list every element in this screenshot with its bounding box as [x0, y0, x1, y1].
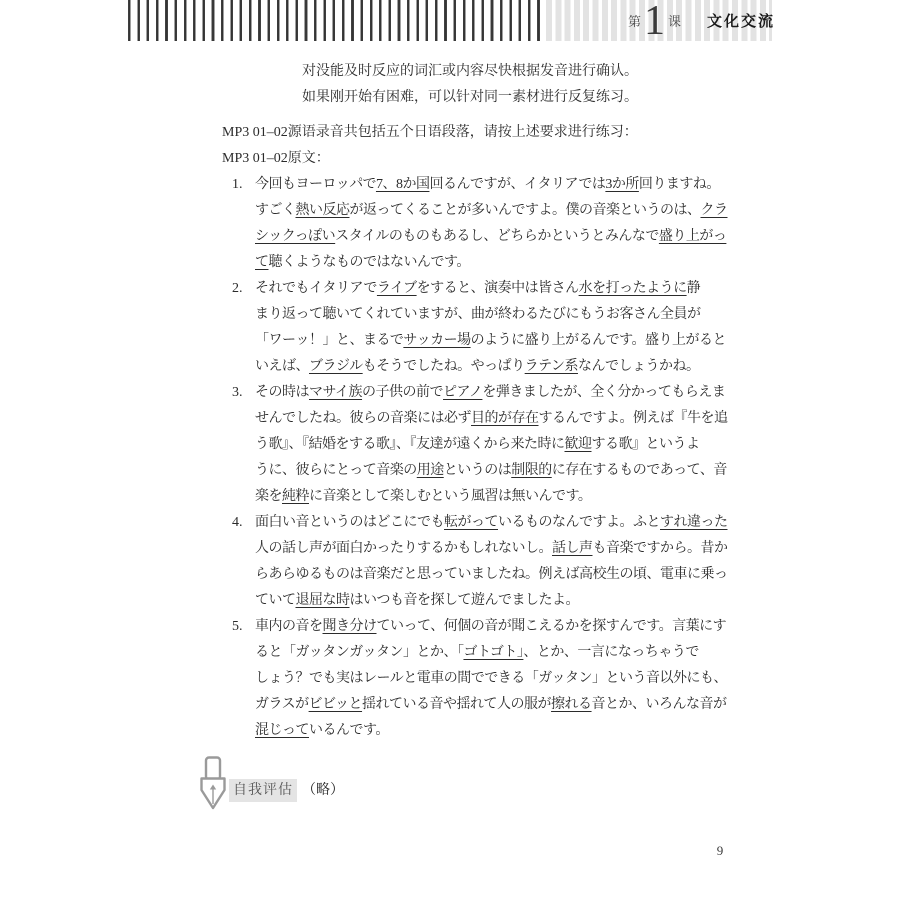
underlined-segment: すれ違った	[660, 515, 728, 530]
passage-line: 混じっているんです。	[255, 718, 722, 744]
text-segment: 揺れている音や揺れて人の服が	[362, 697, 551, 712]
textbook-page: 第 1 课 文化交流 对没能及时反应的词汇或内容尽快根据发音进行确认。 如果刚开…	[0, 0, 900, 900]
mp3-line: MP3 01–02源语录音共包括五个日语段落，请按上述要求进行练习：	[222, 120, 638, 146]
passage-line: うに、彼らにとって音楽の用途というのは制限的に存在するものであって、音	[255, 458, 722, 484]
text-segment: 静	[687, 281, 701, 296]
text-segment: ていて	[255, 593, 296, 608]
underlined-segment: 混じって	[255, 723, 309, 738]
passage-line: 人の話し声が面白かったりするかもしれないし。話し声も音楽ですから。昔か	[255, 536, 722, 562]
text-segment: はいつも音を探して遊んでましたよ。	[350, 593, 580, 608]
underlined-segment: ゴトゴト」	[463, 645, 523, 660]
underlined-segment: 盛り上がっ	[659, 229, 727, 244]
passage-line: う歌』、『結婚をする歌』、『友達が遠くから来た時に歓迎する歌』というよ	[255, 432, 722, 458]
text-segment: のように盛り上がるんです。盛り上がると	[471, 333, 726, 348]
mp3-instructions: MP3 01–02源语录音共包括五个日语段落，请按上述要求进行练习： MP3 0…	[222, 120, 638, 172]
text-segment: もそうでしたね。やっぱり	[363, 359, 525, 374]
text-segment: スタイルのものもあるし、どちらかというとみんなで	[335, 229, 659, 244]
text-segment: いるんです。	[309, 723, 389, 738]
text-segment: せんでしたね。彼らの音楽には必ず	[255, 411, 471, 426]
text-segment: 、とか、一言になっちゃうで	[523, 645, 699, 660]
underlined-segment: 熱い反応	[296, 203, 350, 218]
passage-number: 3.	[232, 380, 243, 406]
pen-nib-icon	[198, 756, 228, 812]
underlined-segment: ビビッと	[309, 697, 362, 712]
passage-number: 1.	[232, 172, 243, 198]
passage-line: て聴くようなものではないんです。	[255, 250, 722, 276]
passage-number: 2.	[232, 276, 243, 302]
text-segment: らあらゆるものは音楽だと思っていましたね。例えば高校生の頃、電車に乗っ	[255, 567, 728, 582]
underlined-segment: 水を打ったように	[579, 281, 687, 296]
underlined-segment: マサイ族	[309, 385, 362, 400]
text-segment: 回りますね。	[639, 177, 720, 192]
self-assessment-label: 自我评估	[229, 779, 297, 802]
lesson-prefix: 第	[628, 11, 641, 30]
text-segment: の子供の前で	[362, 385, 443, 400]
underlined-segment: 7、8か国	[376, 177, 430, 192]
passage-line: 車内の音を聞き分けていって、何個の音が聞こえるかを探すんです。言葉にす	[255, 614, 722, 640]
text-segment: ていって、何個の音が聞こえるかを探すんです。言葉にす	[377, 619, 727, 634]
underlined-segment: 擦れる	[551, 697, 592, 712]
underlined-segment: 話し声	[552, 541, 593, 556]
text-segment: 面白い音というのはどこにでも	[255, 515, 444, 530]
underlined-segment: 純粋	[282, 489, 309, 504]
lesson-badge: 第 1 课 文化交流	[628, 0, 775, 41]
passage-line: まり返って聴いてくれていますが、曲が終わるたびにもうお客さん全員が	[255, 302, 722, 328]
text-segment: を弾きましたが、全く分かってもらえま	[482, 385, 725, 400]
underlined-segment: 3か所	[605, 177, 639, 192]
text-segment: 音とか、いろんな音が	[592, 697, 727, 712]
text-segment: 「ワーッ！」と、まるで	[255, 333, 403, 348]
passage-line: ていて退屈な時はいつも音を探して遊んでましたよ。	[255, 588, 722, 614]
passage-line: 今回もヨーロッパで7、8か国回るんですが、イタリアでは3か所回りますね。	[255, 172, 722, 198]
passage-number: 5.	[232, 614, 243, 640]
passage-list: 1.今回もヨーロッパで7、8か国回るんですが、イタリアでは3か所回りますね。すご…	[222, 172, 722, 744]
text-segment: しょう？でも実はレールと電車の間でできる「ガッタン」という音以外にも、	[255, 671, 727, 686]
text-segment: その時は	[255, 385, 309, 400]
passage-line: 楽を純粋に音楽として楽しむという風習は無いんです。	[255, 484, 722, 510]
passage-line: らあらゆるものは音楽だと思っていましたね。例えば高校生の頃、電車に乗っ	[255, 562, 722, 588]
header-stripes-dark	[128, 0, 546, 41]
underlined-segment: 目的が存在	[471, 411, 539, 426]
page-number: 9	[710, 843, 730, 859]
underlined-segment: 退屈な時	[296, 593, 350, 608]
self-assessment-note: （略）	[302, 779, 344, 802]
underlined-segment: クラ	[701, 203, 728, 218]
passage-number: 4.	[232, 510, 243, 536]
passage-item: 4.面白い音というのはどこにでも転がっているものなんですよ。ふとすれ違った人の話…	[222, 510, 722, 614]
underlined-segment: ラテン系	[525, 359, 578, 374]
passage-line: シックっぽいスタイルのものもあるし、どちらかというとみんなで盛り上がっ	[255, 224, 722, 250]
passage-line: いえば、ブラジルもそうでしたね。やっぱりラテン系なんでしょうかね。	[255, 354, 722, 380]
passage-item: 5.車内の音を聞き分けていって、何個の音が聞こえるかを探すんです。言葉にすると「…	[222, 614, 722, 744]
intro-line: 如果刚开始有困难，可以针对同一素材进行反复练习。	[302, 85, 638, 111]
underlined-segment: 聞き分け	[323, 619, 377, 634]
underlined-segment: 制限的	[511, 463, 552, 478]
text-segment: 人の話し声が面白かったりするかもしれないし。	[255, 541, 552, 556]
text-segment: 今回もヨーロッパで	[255, 177, 376, 192]
text-segment: うに、彼らにとって音楽の	[255, 463, 417, 478]
lesson-title: 文化交流	[707, 10, 775, 31]
text-segment: するんですよ。例えば『牛を追	[539, 411, 728, 426]
text-segment: 車内の音を	[255, 619, 323, 634]
passage-item: 2.それでもイタリアでライブをすると、演奏中は皆さん水を打ったように静まり返って…	[222, 276, 722, 380]
text-segment: 楽を	[255, 489, 282, 504]
underlined-segment: ライブ	[377, 281, 417, 296]
underlined-segment: シックっぽい	[255, 229, 335, 244]
underlined-segment: て	[255, 255, 269, 270]
underlined-segment: 用途	[417, 463, 444, 478]
text-segment: というのは	[444, 463, 512, 478]
text-segment: 聴くようなものではないんです。	[269, 255, 470, 270]
passage-line: ガラスがビビッと揺れている音や揺れて人の服が擦れる音とか、いろんな音が	[255, 692, 722, 718]
passage-line: その時はマサイ族の子供の前でピアノを弾きましたが、全く分かってもらえま	[255, 380, 722, 406]
text-segment: ると「ガッタンガッタン」とか、「	[255, 645, 463, 660]
passage-line: 「ワーッ！」と、まるでサッカー場のように盛り上がるんです。盛り上がると	[255, 328, 722, 354]
passage-line: すごく熱い反応が返ってくることが多いんですよ。僕の音楽というのは、クラ	[255, 198, 722, 224]
text-segment: 回るんですが、イタリアでは	[429, 177, 605, 192]
intro-line: 对没能及时反应的词汇或内容尽快根据发音进行确认。	[302, 59, 638, 85]
text-segment: する歌』というよ	[592, 437, 700, 452]
text-segment: いえば、	[255, 359, 309, 374]
text-segment: が返ってくることが多いんですよ。僕の音楽というのは、	[350, 203, 701, 218]
passage-item: 3.その時はマサイ族の子供の前でピアノを弾きましたが、全く分かってもらえませんで…	[222, 380, 722, 510]
mp3-line: MP3 01–02原文：	[222, 146, 638, 172]
underlined-segment: サッカー場	[403, 333, 470, 348]
underlined-segment: ブラジル	[309, 359, 363, 374]
text-segment: ガラスが	[255, 697, 309, 712]
underlined-segment: 歓迎	[565, 437, 592, 452]
text-segment: をすると、演奏中は皆さん	[417, 281, 579, 296]
text-segment: なんでしょうかね。	[578, 359, 700, 374]
text-segment: も音楽ですから。昔か	[593, 541, 728, 556]
passage-line: ると「ガッタンガッタン」とか、「ゴトゴト」、とか、一言になっちゃうで	[255, 640, 722, 666]
passage-line: しょう？でも実はレールと電車の間でできる「ガッタン」という音以外にも、	[255, 666, 722, 692]
lesson-suffix: 课	[668, 11, 681, 30]
underlined-segment: ピアノ	[443, 385, 482, 400]
passage-line: それでもイタリアでライブをすると、演奏中は皆さん水を打ったように静	[255, 276, 722, 302]
text-segment: いるものなんですよ。ふと	[498, 515, 660, 530]
text-segment: に存在するものであって、音	[552, 463, 727, 478]
intro-instructions: 对没能及时反应的词汇或内容尽快根据发音进行确认。 如果刚开始有困难，可以针对同一…	[302, 59, 638, 111]
text-segment: う歌』、『結婚をする歌』、『友達が遠くから来た時に	[255, 437, 565, 452]
underlined-segment: 転がって	[444, 515, 498, 530]
passage-line: 面白い音というのはどこにでも転がっているものなんですよ。ふとすれ違った	[255, 510, 722, 536]
text-segment: に音楽として楽しむという風習は無いんです。	[309, 489, 591, 504]
passage-line: せんでしたね。彼らの音楽には必ず目的が存在するんですよ。例えば『牛を追	[255, 406, 722, 432]
text-segment: まり返って聴いてくれていますが、曲が終わるたびにもうお客さん全員が	[255, 307, 701, 322]
text-segment: それでもイタリアで	[255, 281, 377, 296]
lesson-number: 1	[644, 1, 665, 41]
text-segment: すごく	[255, 203, 296, 218]
passage-item: 1.今回もヨーロッパで7、8か国回るんですが、イタリアでは3か所回りますね。すご…	[222, 172, 722, 276]
